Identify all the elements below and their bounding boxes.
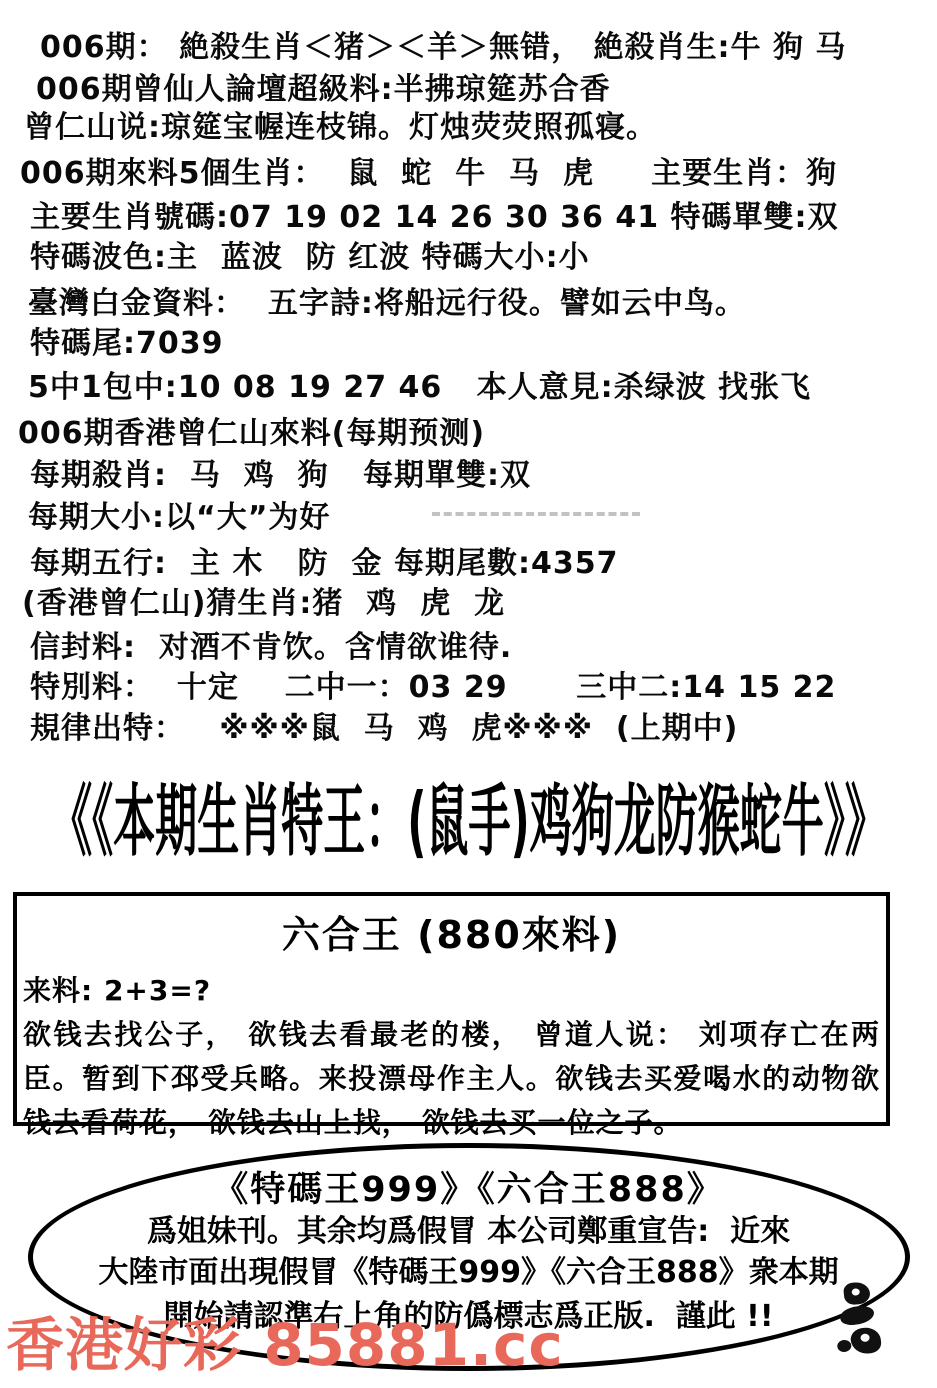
- text-line-envelope-tip: 信封料: 对酒不肯饮。含情欲谁待.: [30, 622, 512, 666]
- text-line-guess-zodiac: (香港曾仁山)猜生肖:猪 鸡 虎 龙: [22, 578, 505, 622]
- text-line-five-elements: 每期五行: 主 木 防 金 每期尾數:4357: [30, 538, 619, 582]
- disclaimer-titles: 《特碼王999》《六合王888》: [0, 1162, 937, 1212]
- text-line-big-small: 每期大小:以“大”为好: [28, 492, 330, 536]
- disclaimer-line-3: 大陸市面出現假冒《特碼王999》《六合王888》衆本期: [0, 1247, 937, 1291]
- liuhewang-box: 六合王 (880來料) 来料: 2+3=? 欲钱去找公子， 欲钱去看最老的楼， …: [13, 892, 890, 1126]
- liuhewang-riddle-paragraph: 欲钱去找公子， 欲钱去看最老的楼， 曾道人说： 刘项存亡在两臣。暂到下邳受兵略。…: [23, 1013, 880, 1145]
- disclaimer-line-2: 爲姐妹刊。其余均爲假冒 本公司鄭重宣告: 近來: [0, 1206, 937, 1250]
- text-line-wave-color: 特碼波色:主 蓝波 防 红波 特碼大小:小: [30, 232, 590, 276]
- text-line-kill-per-issue: 每期殺肖: 马 鸡 狗 每期單雙:双: [30, 450, 531, 494]
- site-watermark: 香港好彩 85881.cc: [6, 1298, 564, 1382]
- anti-counterfeit-seal-icon: [829, 1277, 896, 1369]
- liuhewang-box-title: 六合王 (880來料): [17, 904, 886, 959]
- text-line-special-tail: 特碼尾:7039: [30, 318, 224, 362]
- liuhewang-feed-line: 来料: 2+3=?: [23, 969, 882, 1009]
- text-line-taiwan-platinum: 臺灣白金資料： 五字詩:将船远行役。譬如云中鸟。: [28, 278, 746, 322]
- text-line-hk-source-title: 006期香港曾仁山來料(每期预测): [18, 408, 485, 452]
- text-line-main-numbers: 主要生肖號碼:07 19 02 14 26 30 36 41 特碼單雙:双: [30, 192, 839, 236]
- text-line-kill-zodiac: 006期： 絶殺生肖＜猪＞＜羊＞無错， 絶殺肖生:牛 狗 马: [40, 22, 846, 66]
- text-line-zengrenshan-says: 曾仁山说:琼筵宝幄连枝锦。灯烛荧荧照孤寝。: [24, 102, 657, 146]
- scan-artifact-dashes: [432, 512, 640, 516]
- text-line-five-zodiac: 006期來料5個生肖： 鼠 蛇 牛 马 虎 主要生肖：狗: [20, 148, 837, 192]
- lottery-tip-sheet: 006期： 絶殺生肖＜猪＞＜羊＞無错， 絶殺肖生:牛 狗 马 006期曾仙人論壇…: [0, 0, 937, 1388]
- text-line-five-in-one: 5中1包中:10 08 19 27 46 本人意見:杀绿波 找张飞: [28, 362, 811, 406]
